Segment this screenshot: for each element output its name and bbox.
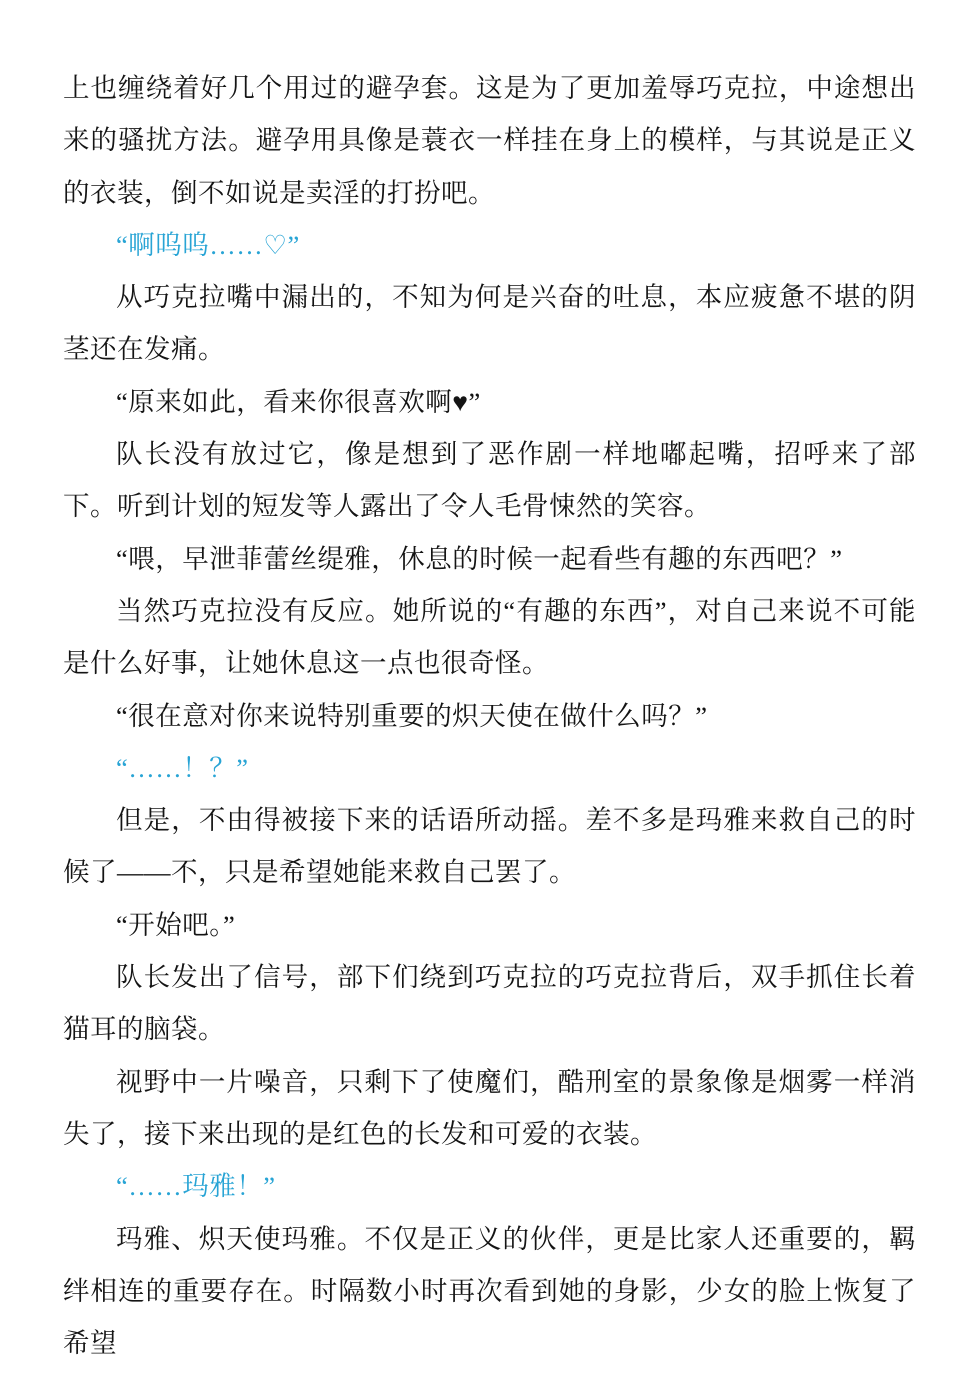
ebook-page: 上也缠绕着好几个用过的避孕套。这是为了更加羞辱巧克拉，中途想出来的骚扰方法。避孕… [0,0,980,1387]
narration-paragraph: 队长发出了信号，部下们绕到巧克拉的巧克拉背后，双手抓住长着猫耳的脑袋。 [63,951,916,1056]
dialogue-line: “原来如此，看来你很喜欢啊♥” [63,376,916,428]
narration-paragraph: 视野中一片噪音，只剩下了使魔们，酷刑室的景象像是烟雾一样消失了，接下来出现的是红… [63,1056,916,1161]
narration-paragraph: 上也缠绕着好几个用过的避孕套。这是为了更加羞辱巧克拉，中途想出来的骚扰方法。避孕… [63,62,916,219]
dialogue-line: “开始吧。” [63,899,916,951]
dialogue-line: “喂，早泄菲蕾丝缇雅，休息的时候一起看些有趣的东西吧？” [63,533,916,585]
narration-paragraph: 但是，不由得被接下来的话语所动摇。差不多是玛雅来救自己的时候了——不，只是希望她… [63,794,916,899]
dialogue-line-highlighted: “啊呜呜……♡” [63,219,916,271]
narration-paragraph: 当然巧克拉没有反应。她所说的“有趣的东西”，对自己来说不可能是什么好事，让她休息… [63,585,916,690]
dialogue-line-highlighted: “……！？” [63,742,916,794]
dialogue-line: “很在意对你来说特别重要的炽天使在做什么吗？” [63,690,916,742]
narration-paragraph: 玛雅、炽天使玛雅。不仅是正义的伙伴，更是比家人还重要的，羁绊相连的重要存在。时隔… [63,1213,916,1370]
page-text-block: 上也缠绕着好几个用过的避孕套。这是为了更加羞辱巧克拉，中途想出来的骚扰方法。避孕… [63,62,916,1369]
narration-paragraph: 从巧克拉嘴中漏出的，不知为何是兴奋的吐息，本应疲惫不堪的阴茎还在发痛。 [63,271,916,376]
dialogue-line-highlighted: “……玛雅！” [63,1160,916,1212]
narration-paragraph: 队长没有放过它，像是想到了恶作剧一样地嘟起嘴，招呼来了部下。听到计划的短发等人露… [63,428,916,533]
